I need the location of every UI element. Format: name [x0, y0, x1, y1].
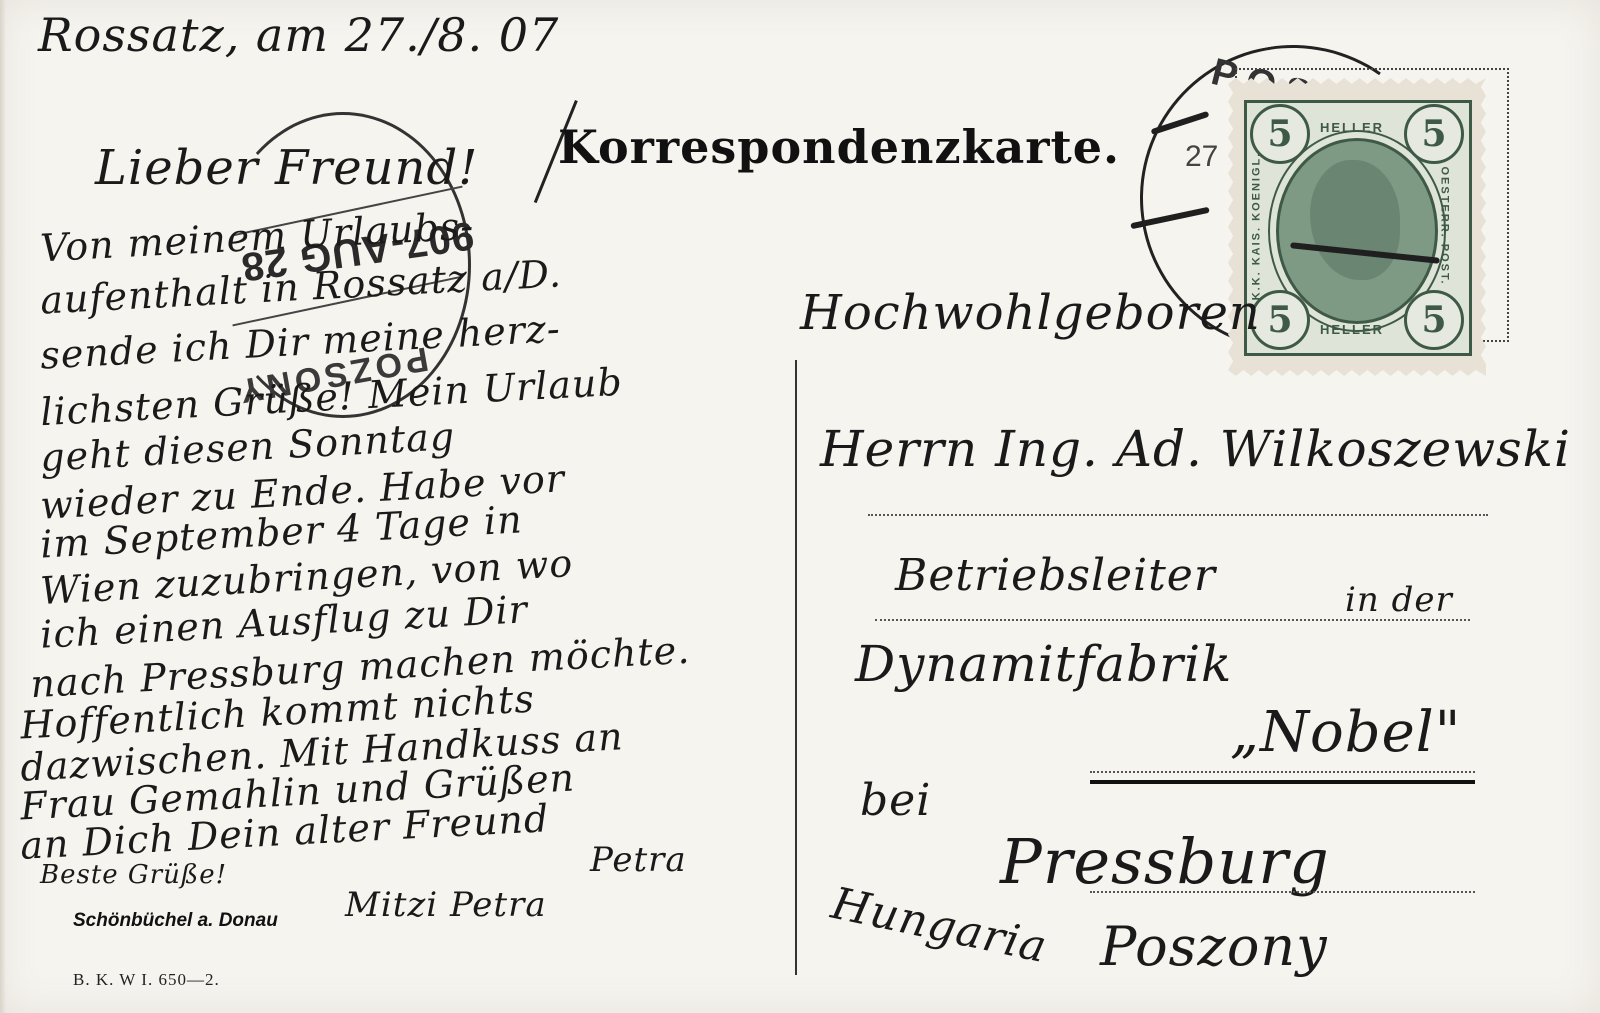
stamp-right-inscription: OESTERR. POST.: [1439, 166, 1451, 285]
address-company: Dynamitfabrik: [855, 635, 1232, 693]
message-closing: Beste Grüße!: [40, 860, 227, 890]
address-position: Betriebsleiter: [895, 550, 1216, 601]
address-line-2: [875, 619, 1470, 621]
address-city: Pressburg: [1000, 825, 1330, 898]
postcard: Rossatz, am 27./8. 07 Korrespondenzkarte…: [0, 0, 1600, 1013]
address-line-3: [1090, 771, 1475, 773]
address-recipient: Herrn Ing. Ad. Wilkoszewski: [820, 420, 1571, 478]
place-date: Rossatz, am 27./8. 07: [38, 8, 559, 62]
message-address-divider: [795, 360, 797, 975]
address-honorific: Hochwohlgeboren: [800, 285, 1261, 341]
signature-mitzi: Mitzi Petra: [345, 885, 547, 925]
stamp-left-inscription: K.K. KAIS. KOENIGL.: [1250, 152, 1262, 301]
address-preposition: bei: [860, 775, 931, 826]
address-line-1: [868, 514, 1488, 516]
stamp-value-bottom-right: 5: [1404, 290, 1464, 350]
stamp-heller-top: HELLER: [1320, 120, 1384, 135]
picture-caption: Schönbüchel a. Donau: [73, 910, 278, 932]
signature-petra: Petra: [590, 840, 687, 880]
postmark-right-day: 27: [1185, 140, 1218, 174]
address-city-alt: Poszony: [1100, 915, 1328, 978]
address-line-4: [1090, 891, 1475, 893]
address-company-name: „Nobel": [1230, 700, 1461, 765]
salutation: Lieber Freund!: [95, 140, 478, 196]
address-position-suffix: in der: [1345, 580, 1453, 620]
stamp-value-top-right: 5: [1404, 104, 1464, 164]
city-underline: [1090, 780, 1475, 784]
publisher-series-number: B. K. W I. 650—2.: [73, 970, 220, 990]
card-title: Korrespondenzkarte.: [558, 120, 1120, 174]
stamp-heller-bottom: HELLER: [1320, 322, 1384, 337]
